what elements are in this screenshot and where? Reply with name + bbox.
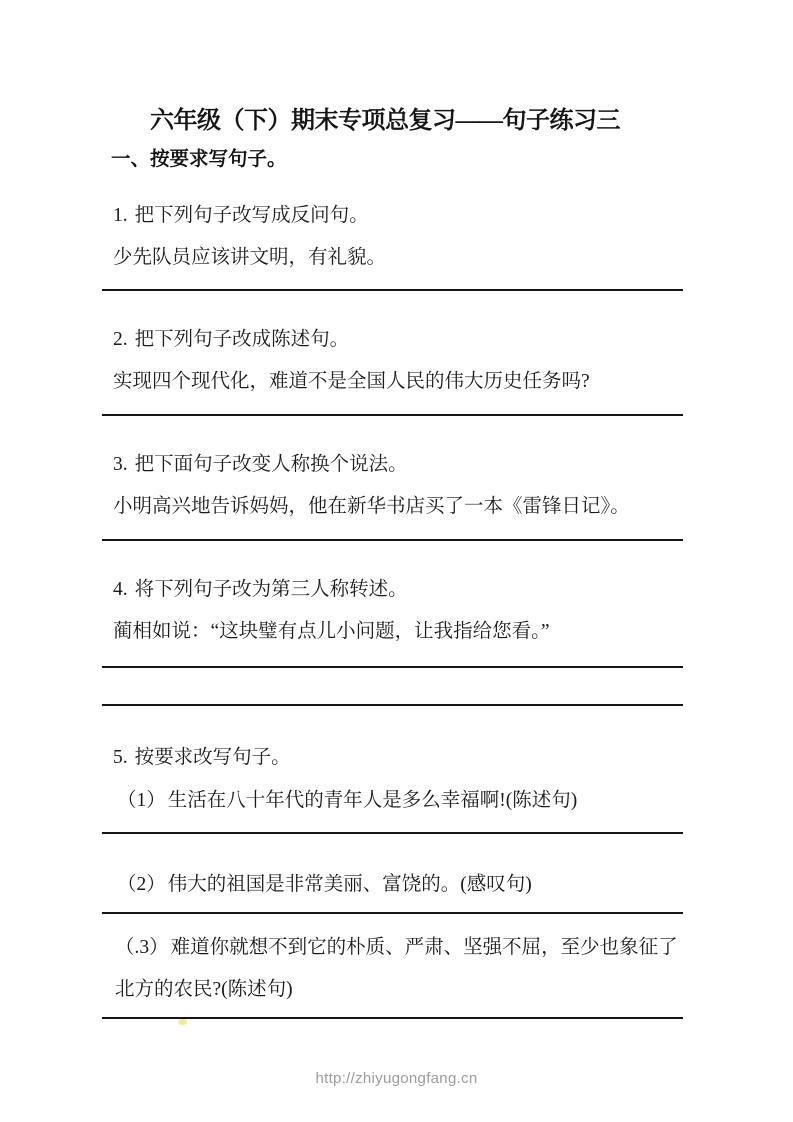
question-4-sentence: 蔺相如说：“这块璧有点儿小问题，让我指给您看。” <box>113 622 550 642</box>
answer-line <box>102 289 683 291</box>
sub-question-1-label: （1） <box>117 790 166 811</box>
question-1-sentence: 少先队员应该讲文明，有礼貌。 <box>113 248 386 268</box>
question-1-prompt-text: 把下列句子改写成反问句。 <box>135 205 369 226</box>
sub-question-3-text: 难道你就想不到它的朴质、严肃、坚强不屈，至少也象征了北方的农民?(陈述句) <box>115 937 678 1000</box>
question-3-prompt: 3.把下面句子改变人称换个说法。 <box>113 455 408 475</box>
sub-question-3-label: （.3） <box>115 937 169 958</box>
question-5-prompt-text: 按要求改写句子。 <box>135 747 291 768</box>
answer-line <box>102 1017 683 1019</box>
page-title: 六年级（下）期末专项总复习——句子练习三 <box>0 100 770 135</box>
answer-line <box>102 704 683 706</box>
scan-artifact <box>178 1019 187 1025</box>
question-5-sub-2: （2）伟大的祖国是非常美丽、富饶的。(感叹句) <box>117 875 532 895</box>
footer-url: http://zhiyugongfang.cn <box>0 1070 793 1087</box>
answer-line <box>102 666 683 668</box>
answer-line <box>102 539 683 541</box>
section-heading: 一、按要求写句子。 <box>111 150 287 170</box>
question-3-number: 3. <box>113 454 128 475</box>
question-2-prompt-text: 把下列句子改成陈述句。 <box>135 329 350 350</box>
question-1-number: 1. <box>113 205 128 226</box>
question-5-number: 5. <box>113 747 128 768</box>
question-2-prompt: 2.把下列句子改成陈述句。 <box>113 330 349 350</box>
answer-line <box>102 414 683 416</box>
answer-line <box>102 832 683 834</box>
question-5-prompt: 5.按要求改写句子。 <box>113 748 291 768</box>
question-2-number: 2. <box>113 329 128 350</box>
question-4-prompt: 4.将下列句子改为第三人称转述。 <box>113 580 408 600</box>
question-4-prompt-text: 将下列句子改为第三人称转述。 <box>135 579 408 600</box>
answer-line <box>102 912 683 914</box>
question-4-number: 4. <box>113 579 128 600</box>
question-5-sub-1: （1）生活在八十年代的青年人是多么幸福啊!(陈述句) <box>117 791 577 811</box>
worksheet-page: 六年级（下）期末专项总复习——句子练习三 一、按要求写句子。 1.把下列句子改写… <box>0 0 793 1122</box>
sub-question-2-text: 伟大的祖国是非常美丽、富饶的。(感叹句) <box>168 874 532 895</box>
question-2-sentence: 实现四个现代化，难道不是全国人民的伟大历史任务吗? <box>113 372 590 392</box>
question-3-sentence: 小明高兴地告诉妈妈，他在新华书店买了一本《雷锋日记》。 <box>113 497 630 517</box>
sub-question-2-label: （2） <box>117 874 166 895</box>
sub-question-1-text: 生活在八十年代的青年人是多么幸福啊!(陈述句) <box>168 790 577 811</box>
question-5-sub-3: （.3）难道你就想不到它的朴质、严肃、坚强不屈，至少也象征了北方的农民?(陈述句… <box>115 927 690 1011</box>
question-3-prompt-text: 把下面句子改变人称换个说法。 <box>135 454 408 475</box>
question-1-prompt: 1.把下列句子改写成反问句。 <box>113 206 369 226</box>
